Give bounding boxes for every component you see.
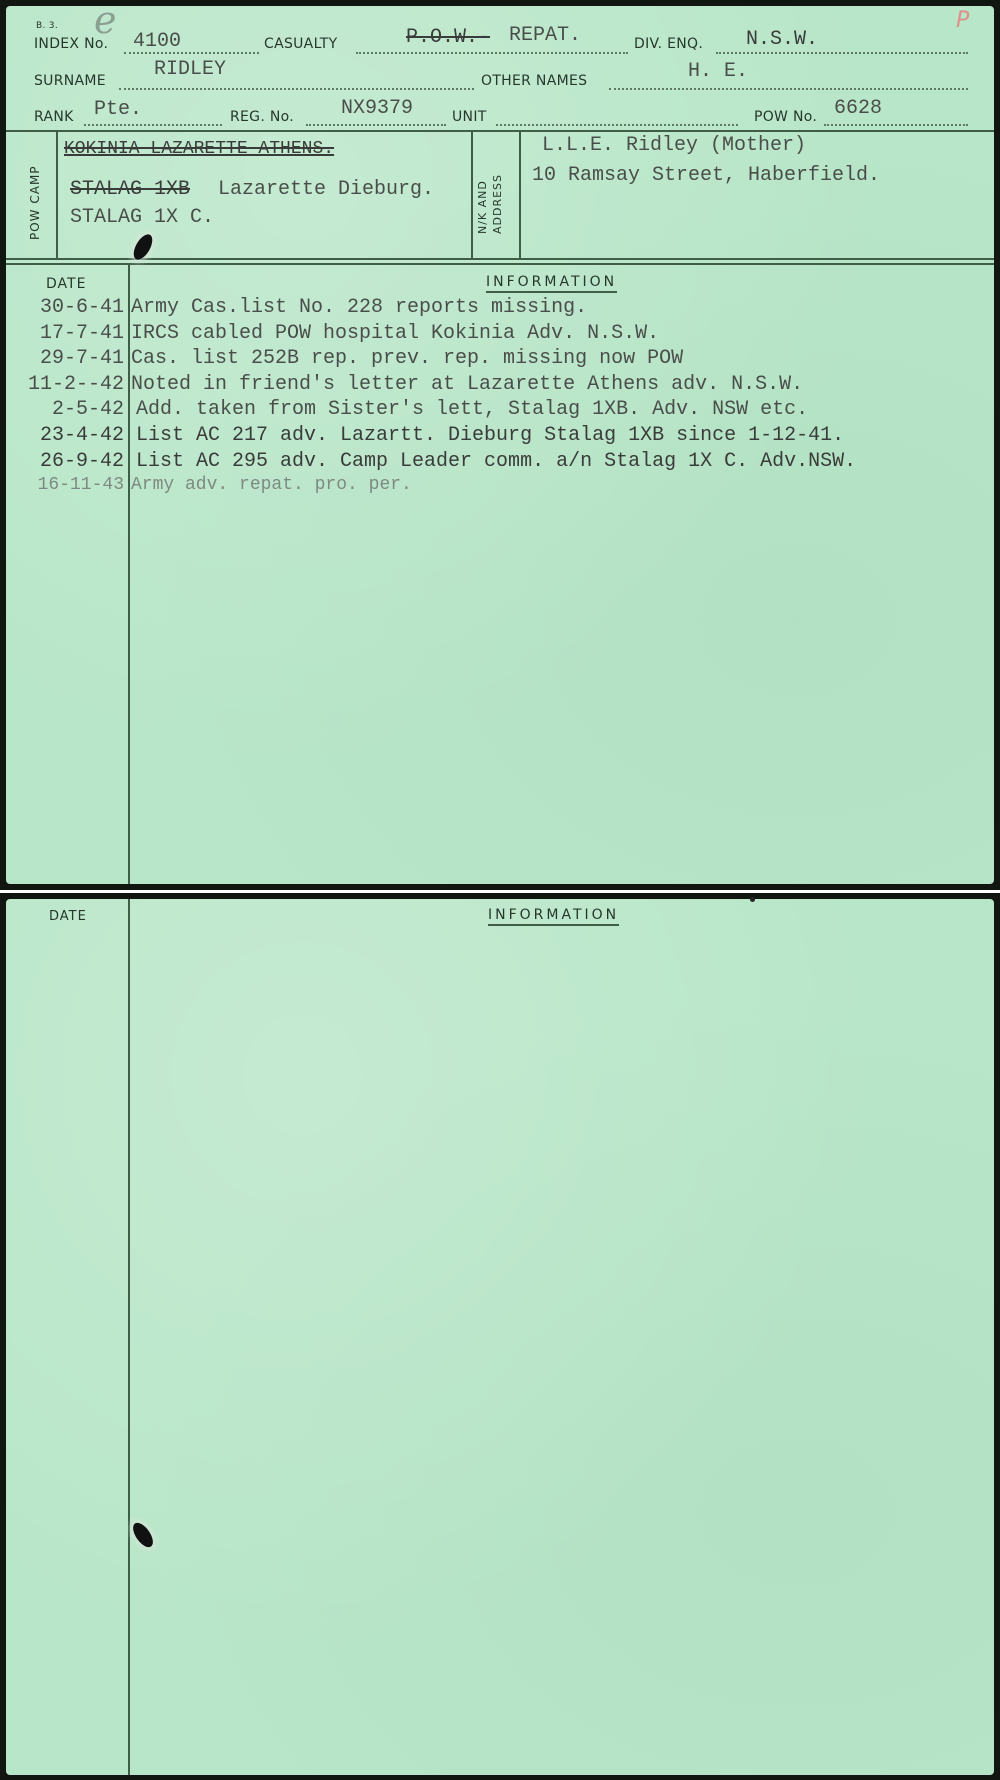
div-enq-label: DIV. ENQ. [634, 36, 703, 52]
casualty-dots [356, 52, 628, 54]
pow-camp-line2: Lazarette Dieburg. [218, 178, 434, 201]
pencil-mark-p: P [956, 8, 969, 33]
card-back-surface: DATE INFORMATION [6, 899, 994, 1775]
log-info: Add. taken from Sister's lett, Stalag 1X… [136, 398, 808, 421]
log-info: Army adv. repat. pro. per. [131, 475, 412, 495]
surname-value: RIDLEY [154, 58, 226, 81]
log-date: 11-2--42 [28, 373, 124, 396]
log-date: 23-4-42 [40, 424, 124, 447]
log-date: 2-5-42 [52, 398, 124, 421]
log-info: List AC 295 adv. Camp Leader comm. a/n S… [136, 450, 856, 473]
surname-dots [119, 88, 474, 90]
casualty-value: REPAT. [509, 24, 581, 47]
log-info: Army Cas.list No. 228 reports missing. [131, 296, 587, 319]
back-date-column-divider [128, 899, 130, 1775]
nk-line2: 10 Ramsay Street, Haberfield. [532, 164, 880, 187]
casualty-label: CASUALTY [264, 36, 337, 52]
index-no-label: INDEX No. [34, 36, 108, 52]
date-column-divider [128, 265, 130, 884]
form-code: B. 3. [36, 21, 58, 31]
box-top-rule [6, 130, 994, 132]
address-label-divider [519, 130, 521, 258]
nk-label-line2: ADDRESS [491, 174, 504, 234]
pow-camp-line2-struck: STALAG 1XB [70, 178, 190, 201]
box-bottom-rule-1 [6, 258, 994, 260]
other-names-label: OTHER NAMES [481, 73, 587, 89]
surname-label: SURNAME [34, 73, 106, 89]
pow-no-value: 6628 [834, 97, 882, 120]
rank-label: RANK [34, 109, 74, 125]
other-names-value: H. E. [688, 60, 748, 83]
rank-dots [84, 124, 222, 126]
pow-camp-label: POW CAMP [28, 165, 42, 240]
pow-no-dots [824, 124, 968, 126]
ink-speck [750, 897, 755, 902]
card-front-surface: e P B. 3. INDEX No. 4100 CASUALTY P.O.W.… [6, 6, 994, 884]
back-information-header: INFORMATION [488, 907, 619, 926]
log-date: 30-6-41 [40, 296, 124, 319]
log-info: List AC 217 adv. Lazartt. Dieburg Stalag… [136, 424, 844, 447]
div-enq-dots [716, 52, 968, 54]
pow-camp-line3: STALAG 1X C. [70, 206, 214, 229]
back-date-header: DATE [49, 909, 87, 924]
pow-no-label: POW No. [754, 109, 817, 125]
index-no-value: 4100 [133, 30, 181, 53]
reg-no-value: NX9379 [341, 97, 413, 120]
information-header: INFORMATION [486, 274, 617, 293]
reg-no-dots [306, 124, 446, 126]
unit-dots [496, 124, 738, 126]
nk-line1: L.L.E. Ridley (Mother) [542, 134, 806, 157]
record-card-front: e P B. 3. INDEX No. 4100 CASUALTY P.O.W.… [0, 0, 1000, 890]
unit-label: UNIT [452, 109, 487, 125]
box-bottom-rule-2 [6, 263, 994, 265]
date-header: DATE [46, 276, 86, 292]
reg-no-label: REG. No. [230, 109, 294, 125]
log-date: 17-7-41 [40, 322, 124, 345]
other-names-dots [609, 88, 968, 90]
log-date: 29-7-41 [40, 347, 124, 370]
log-info: Noted in friend's letter at Lazarette At… [131, 373, 803, 396]
pow-camp-line1-struck: KOKINIA LAZARETTE ATHENS. [64, 139, 334, 159]
nk-label-line1: N/K AND [476, 180, 489, 234]
div-enq-value: N.S.W. [746, 28, 818, 51]
log-info: Cas. list 252B rep. prev. rep. missing n… [131, 347, 683, 370]
camp-label-divider [56, 130, 58, 258]
record-card-back: DATE INFORMATION [0, 893, 1000, 1780]
log-date: 26-9-42 [40, 450, 124, 473]
camp-address-divider [471, 130, 473, 258]
back-punch-hole [129, 1520, 157, 1551]
log-info: IRCS cabled POW hospital Kokinia Adv. N.… [131, 322, 659, 345]
casualty-struck-value: P.O.W.- [406, 26, 490, 49]
log-date: 16-11-43 [38, 475, 124, 495]
rank-value: Pte. [94, 98, 142, 121]
